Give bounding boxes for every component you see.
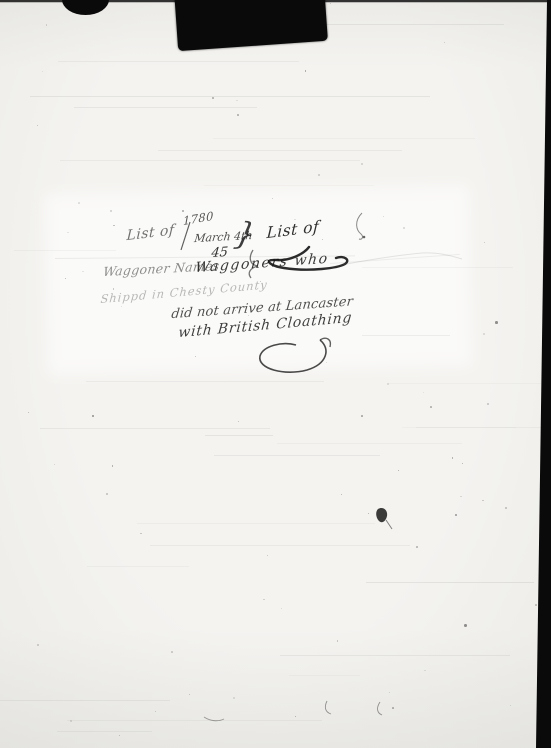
paper-speck xyxy=(155,711,156,712)
ink-blot-tail xyxy=(386,520,392,529)
paper-speck xyxy=(238,421,239,422)
paper-speck xyxy=(281,608,282,609)
film-edge-right-bar xyxy=(0,0,551,748)
paper-speck xyxy=(398,470,399,471)
paper-scratch xyxy=(87,566,190,567)
ink-blot xyxy=(376,508,387,522)
paper-speck xyxy=(424,670,425,671)
paper-speck xyxy=(389,692,390,693)
paper-scratch-prominent xyxy=(280,655,510,656)
paper-scratch xyxy=(137,523,375,524)
paper-speck xyxy=(505,507,507,509)
paper-speck xyxy=(430,406,432,408)
paper-speck xyxy=(212,97,214,99)
paper-speck xyxy=(483,333,485,335)
paper-speck xyxy=(267,555,268,556)
paper-speck xyxy=(361,163,362,164)
paper-scratch xyxy=(67,720,323,721)
ink-flourishes xyxy=(0,0,551,748)
paper-scratch xyxy=(205,435,273,436)
paper-scratch xyxy=(387,383,551,384)
paper-scratch-prominent xyxy=(0,700,170,701)
paper-scratch xyxy=(86,381,324,382)
paper-speck xyxy=(460,496,461,497)
paper-speck xyxy=(119,735,120,736)
paper-speck xyxy=(444,42,445,43)
paper-scratch xyxy=(74,107,258,108)
paper-scratch xyxy=(213,138,475,139)
paper-scratch xyxy=(14,250,116,251)
paper-speck xyxy=(510,705,511,706)
paper-speck xyxy=(92,415,94,417)
paper-speck xyxy=(484,242,485,243)
paper-scratch-prominent xyxy=(40,428,270,429)
paper-speck xyxy=(403,227,405,229)
paper-speck xyxy=(464,624,467,627)
paper-scratch xyxy=(289,675,359,676)
paper-speck xyxy=(78,202,80,204)
paper-scratch-prominent xyxy=(150,545,410,546)
paper-speck xyxy=(42,71,43,72)
paper-speck xyxy=(487,403,489,405)
hair-mark-2 xyxy=(378,702,382,715)
paper-speck xyxy=(37,125,38,126)
paper-scratch-prominent xyxy=(60,160,360,161)
paper-scratch-prominent xyxy=(30,96,430,97)
paper-speck xyxy=(495,321,498,324)
paper-speck xyxy=(263,599,265,601)
paper-speck xyxy=(46,24,48,26)
paper-scratch xyxy=(362,267,513,268)
paper-speck xyxy=(237,114,239,116)
paper-scratch xyxy=(57,731,152,732)
paper-speck xyxy=(189,694,191,696)
hair-mark-1 xyxy=(325,701,331,714)
scanned-document-page: List of1780March 4th45}List ofWaggoner N… xyxy=(0,0,551,748)
paper-scratch xyxy=(214,455,380,456)
paper-speck xyxy=(236,100,238,102)
paper-scratch xyxy=(402,427,516,428)
paper-speck xyxy=(113,225,115,227)
paper-speck xyxy=(452,457,453,458)
paper-speck xyxy=(106,493,108,495)
paper-speck xyxy=(455,514,456,515)
film-clip-rectangle xyxy=(174,0,328,51)
paper-speck xyxy=(416,546,418,548)
paper-speck xyxy=(361,415,363,417)
paper-scratch xyxy=(158,150,402,151)
paper-speck xyxy=(423,392,424,393)
paper-scratch xyxy=(277,443,461,444)
paper-speck xyxy=(112,465,113,466)
paper-speck xyxy=(392,707,394,709)
paper-speck xyxy=(110,210,111,211)
paper-speck xyxy=(295,716,296,717)
paper-speck xyxy=(305,70,307,72)
paper-speck xyxy=(482,500,483,501)
paper-speck xyxy=(341,494,342,495)
paper-scratch xyxy=(366,582,534,583)
paper-speck xyxy=(235,310,236,311)
paper-scratch xyxy=(362,335,449,336)
paper-speck xyxy=(337,640,338,641)
paper-speck xyxy=(318,174,319,175)
paper-speck xyxy=(171,651,173,653)
paper-speck xyxy=(182,210,183,211)
paper-speck xyxy=(368,513,370,515)
paper-speck xyxy=(233,697,235,699)
paper-speck xyxy=(330,3,332,5)
paper-speck xyxy=(462,463,463,464)
film-hole-semicircle xyxy=(62,0,109,15)
paper-speck xyxy=(535,604,537,606)
paper-speck xyxy=(37,644,39,646)
paper-speck xyxy=(28,412,29,413)
paper-scratch xyxy=(204,185,374,186)
paper-scratch xyxy=(58,61,299,62)
paper-speck xyxy=(140,533,141,534)
paper-speck xyxy=(54,464,55,465)
